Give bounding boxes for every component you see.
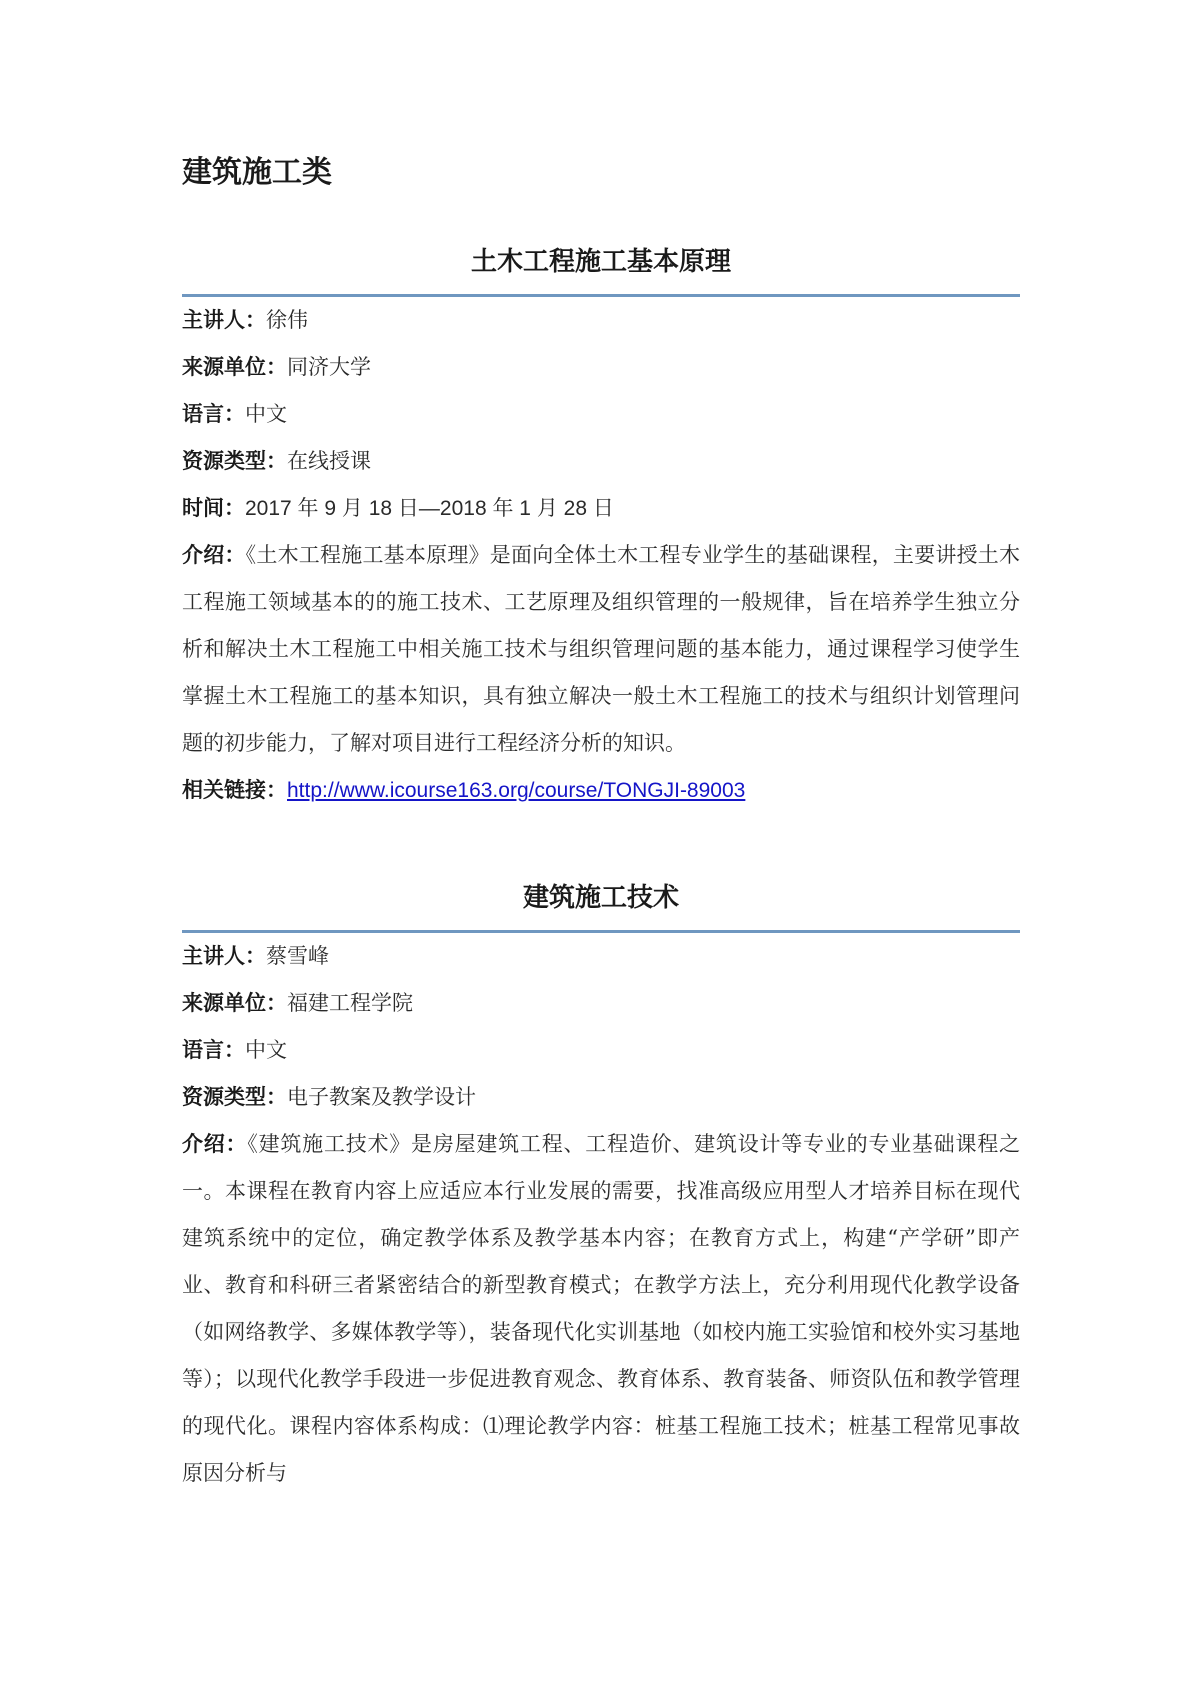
lecturer-field: 主讲人：蔡雪峰 bbox=[182, 933, 1020, 980]
field-label: 时间： bbox=[182, 496, 245, 520]
related-link-field: 相关链接：http://www.icourse163.org/course/TO… bbox=[182, 767, 1020, 814]
intro-text: 《土木工程施工基本原理》是面向全体土木工程专业学生的基础课程，主要讲授土木工程施… bbox=[182, 543, 1020, 755]
field-label: 资源类型： bbox=[182, 1085, 287, 1109]
document-page: 建筑施工类 土木工程施工基本原理 主讲人：徐伟 来源单位：同济大学 语言：中文 … bbox=[0, 0, 1191, 1684]
field-label: 资源类型： bbox=[182, 449, 287, 473]
course-section: 土木工程施工基本原理 主讲人：徐伟 来源单位：同济大学 语言：中文 资源类型：在… bbox=[182, 244, 1020, 814]
source-field: 来源单位：同济大学 bbox=[182, 344, 1020, 391]
source-value: 福建工程学院 bbox=[287, 991, 413, 1015]
language-value: 中文 bbox=[245, 1038, 287, 1062]
time-value: 2017 年 9 月 18 日—2018 年 1 月 28 日 bbox=[245, 497, 614, 520]
resource-type-field: 资源类型：电子教案及教学设计 bbox=[182, 1074, 1020, 1121]
intro-text: 《建筑施工技术》是房屋建筑工程、工程造价、建筑设计等专业的专业基础课程之一。本课… bbox=[182, 1132, 1020, 1485]
intro-paragraph: 介绍：《建筑施工技术》是房屋建筑工程、工程造价、建筑设计等专业的专业基础课程之一… bbox=[182, 1121, 1020, 1497]
language-field: 语言：中文 bbox=[182, 1027, 1020, 1074]
resource-type-value: 电子教案及教学设计 bbox=[287, 1085, 476, 1109]
lecturer-field: 主讲人：徐伟 bbox=[182, 297, 1020, 344]
time-field: 时间：2017 年 9 月 18 日—2018 年 1 月 28 日 bbox=[182, 485, 1020, 532]
resource-type-value: 在线授课 bbox=[287, 449, 371, 473]
field-label: 语言： bbox=[182, 402, 245, 426]
field-label: 介绍： bbox=[182, 543, 246, 567]
source-value: 同济大学 bbox=[287, 355, 371, 379]
field-label: 来源单位： bbox=[182, 991, 287, 1015]
course-section: 建筑施工技术 主讲人：蔡雪峰 来源单位：福建工程学院 语言：中文 资源类型：电子… bbox=[182, 880, 1020, 1497]
course-title: 建筑施工技术 bbox=[182, 880, 1020, 930]
lecturer-value: 徐伟 bbox=[266, 308, 308, 332]
category-title: 建筑施工类 bbox=[182, 153, 332, 193]
lecturer-value: 蔡雪峰 bbox=[266, 944, 329, 968]
field-label: 主讲人： bbox=[182, 308, 266, 332]
source-field: 来源单位：福建工程学院 bbox=[182, 980, 1020, 1027]
course-link[interactable]: http://www.icourse163.org/course/TONGJI-… bbox=[287, 779, 745, 802]
field-label: 相关链接： bbox=[182, 778, 287, 802]
field-label: 来源单位： bbox=[182, 355, 287, 379]
field-label: 介绍： bbox=[182, 1132, 247, 1156]
field-label: 主讲人： bbox=[182, 944, 266, 968]
language-field: 语言：中文 bbox=[182, 391, 1020, 438]
resource-type-field: 资源类型：在线授课 bbox=[182, 438, 1020, 485]
language-value: 中文 bbox=[245, 402, 287, 426]
field-label: 语言： bbox=[182, 1038, 245, 1062]
intro-paragraph: 介绍：《土木工程施工基本原理》是面向全体土木工程专业学生的基础课程，主要讲授土木… bbox=[182, 532, 1020, 767]
course-title: 土木工程施工基本原理 bbox=[182, 244, 1020, 294]
